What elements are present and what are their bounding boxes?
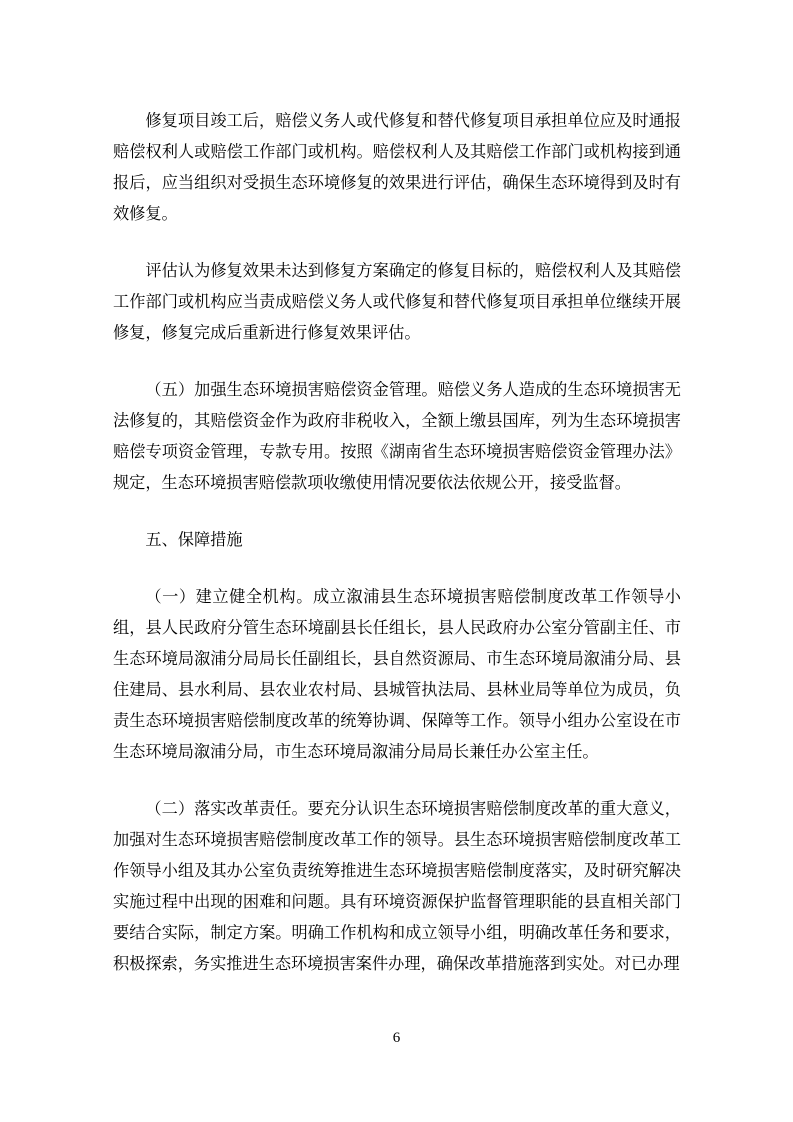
section-heading-safeguard-measures: 五、保障措施	[113, 525, 681, 556]
page-number: 6	[0, 1028, 793, 1048]
paragraph-implement-reform-responsibility: （二）落实改革责任。要充分认识生态环境损害赔偿制度改革的重大意义，加强对生态环境…	[113, 794, 681, 980]
paragraph-reassessment: 评估认为修复效果未达到修复方案确定的修复目标的，赔偿权利人及其赔偿工作部门或机构…	[113, 256, 681, 349]
paragraph-repair-completion: 修复项目竣工后，赔偿义务人或代修复和替代修复项目承担单位应及时通报赔偿权利人或赔…	[113, 106, 681, 230]
document-body: 修复项目竣工后，赔偿义务人或代修复和替代修复项目承担单位应及时通报赔偿权利人或赔…	[113, 106, 681, 1006]
document-page: 修复项目竣工后，赔偿义务人或代修复和替代修复项目承担单位应及时通报赔偿权利人或赔…	[0, 0, 793, 1122]
paragraph-fund-management: （五）加强生态环境损害赔偿资金管理。赔偿义务人造成的生态环境损害无法修复的，其赔…	[113, 375, 681, 499]
paragraph-establish-institutions: （一）建立健全机构。成立溆浦县生态环境损害赔偿制度改革工作领导小组，县人民政府分…	[113, 582, 681, 768]
